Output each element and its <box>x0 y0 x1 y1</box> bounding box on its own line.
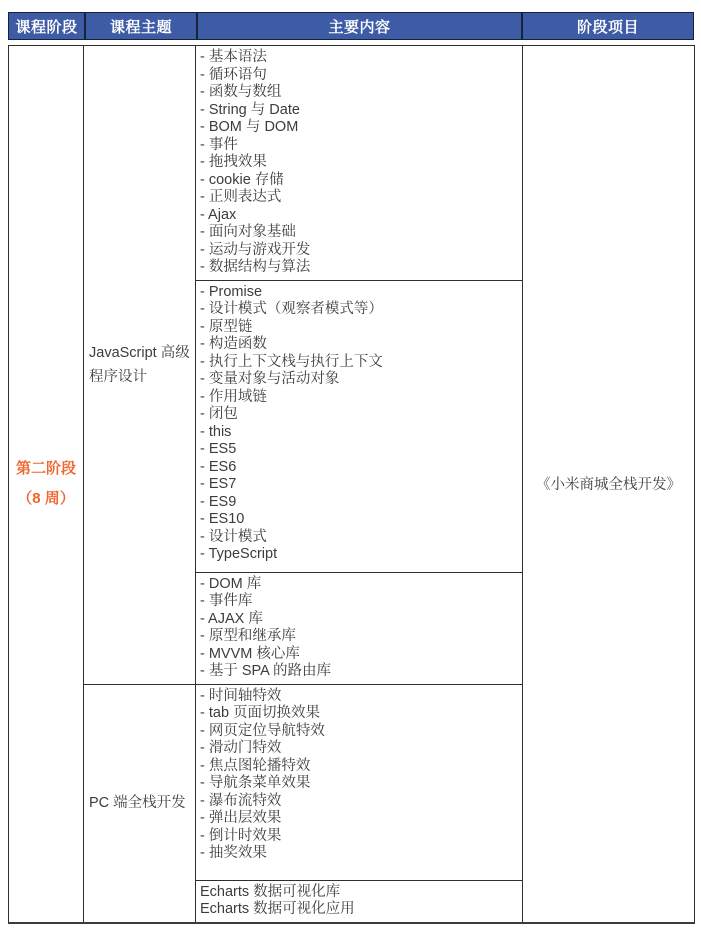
content-line: - 闭包 <box>200 406 518 424</box>
content-line: - 弹出层效果 <box>200 810 518 828</box>
content-cell-js-basics: - 基本语法- 循环语句- 函数与数组- String 与 Date- BOM … <box>196 46 523 281</box>
column-header-main-content: 主要内容 <box>196 13 521 39</box>
table-body: 第二阶段 （8 周） JavaScript 高级程序设计 - 基本语法- 循环语… <box>8 45 695 924</box>
content-line: - 数据结构与算法 <box>200 259 518 277</box>
content-line: - 网页定位导航特效 <box>200 723 518 741</box>
content-line: - 瀑布流特效 <box>200 793 518 811</box>
content-line: - 作用域链 <box>200 389 518 407</box>
content-line: - 事件库 <box>200 593 518 611</box>
content-line: - ES10 <box>200 511 518 529</box>
table-header-row: 课程阶段 课程主题 主要内容 阶段项目 <box>8 12 694 40</box>
content-cell-pc-effects: - 时间轴特效- tab 页面切换效果- 网页定位导航特效- 滑动门特效- 焦点… <box>196 684 523 880</box>
theme-cell-pc-fullstack: PC 端全栈开发 <box>84 684 196 923</box>
document-page: 课程阶段 课程主题 主要内容 阶段项目 第二阶段 （8 周） JavaScrip… <box>0 0 701 936</box>
content-line: - 焦点图轮播特效 <box>200 758 518 776</box>
content-line: - tab 页面切换效果 <box>200 705 518 723</box>
content-line: - DOM 库 <box>200 576 518 594</box>
curriculum-table: 课程阶段 课程主题 主要内容 阶段项目 第二阶段 （8 周） JavaScrip… <box>8 12 694 924</box>
content-line: - this <box>200 424 518 442</box>
content-line: - 运动与游戏开发 <box>200 242 518 260</box>
content-cell-js-advanced: - Promise- 设计模式（观察者模式等）- 原型链- 构造函数- 执行上下… <box>196 280 523 572</box>
content-line: - 抽奖效果 <box>200 845 518 863</box>
content-line: - 函数与数组 <box>200 84 518 102</box>
content-line: - 基于 SPA 的路由库 <box>200 663 518 681</box>
content-line: - 时间轴特效 <box>200 688 518 706</box>
content-line: - 执行上下文栈与执行上下文 <box>200 354 518 372</box>
content-line: - Ajax <box>200 207 518 225</box>
content-line: - AJAX 库 <box>200 611 518 629</box>
content-line: Echarts 数据可视化库 <box>200 884 518 902</box>
content-line: - 正则表达式 <box>200 189 518 207</box>
content-line: - 拖拽效果 <box>200 154 518 172</box>
column-header-course-theme: 课程主题 <box>84 13 196 39</box>
content-line: - 导航条菜单效果 <box>200 775 518 793</box>
stage-duration: （8 周） <box>10 484 82 514</box>
content-line: - Promise <box>200 284 518 302</box>
content-line: - ES7 <box>200 476 518 494</box>
stage-cell: 第二阶段 （8 周） <box>9 46 84 923</box>
stage-name: 第二阶段 <box>10 454 82 484</box>
content-line: - MVVM 核心库 <box>200 646 518 664</box>
content-line: - TypeScript <box>200 546 518 564</box>
column-header-stage-project: 阶段项目 <box>521 13 693 39</box>
content-line: - ES5 <box>200 441 518 459</box>
content-line: - 变量对象与活动对象 <box>200 371 518 389</box>
content-line: - String 与 Date <box>200 102 518 120</box>
content-line: - cookie 存储 <box>200 172 518 190</box>
content-line: - 事件 <box>200 137 518 155</box>
content-cell-js-libraries: - DOM 库- 事件库- AJAX 库- 原型和继承库- MVVM 核心库- … <box>196 572 523 684</box>
content-line: - ES9 <box>200 494 518 512</box>
content-line: - ES6 <box>200 459 518 477</box>
content-line: - 滑动门特效 <box>200 740 518 758</box>
content-line: - 设计模式 <box>200 529 518 547</box>
content-line: - BOM 与 DOM <box>200 119 518 137</box>
table-row: 第二阶段 （8 周） JavaScript 高级程序设计 - 基本语法- 循环语… <box>9 46 695 281</box>
content-line: - 原型和继承库 <box>200 628 518 646</box>
content-line: - 倒计时效果 <box>200 828 518 846</box>
theme-cell-javascript-advanced: JavaScript 高级程序设计 <box>84 46 196 685</box>
content-line: - 循环语句 <box>200 67 518 85</box>
content-line: - 面向对象基础 <box>200 224 518 242</box>
content-line: - 设计模式（观察者模式等） <box>200 301 518 319</box>
content-line: Echarts 数据可视化应用 <box>200 901 518 919</box>
content-cell-echarts: Echarts 数据可视化库Echarts 数据可视化应用 <box>196 880 523 923</box>
column-header-course-stage: 课程阶段 <box>9 13 84 39</box>
content-line: - 基本语法 <box>200 49 518 67</box>
content-line: - 原型链 <box>200 319 518 337</box>
content-line: - 构造函数 <box>200 336 518 354</box>
project-cell: 《小米商城全栈开发》 <box>523 46 695 923</box>
